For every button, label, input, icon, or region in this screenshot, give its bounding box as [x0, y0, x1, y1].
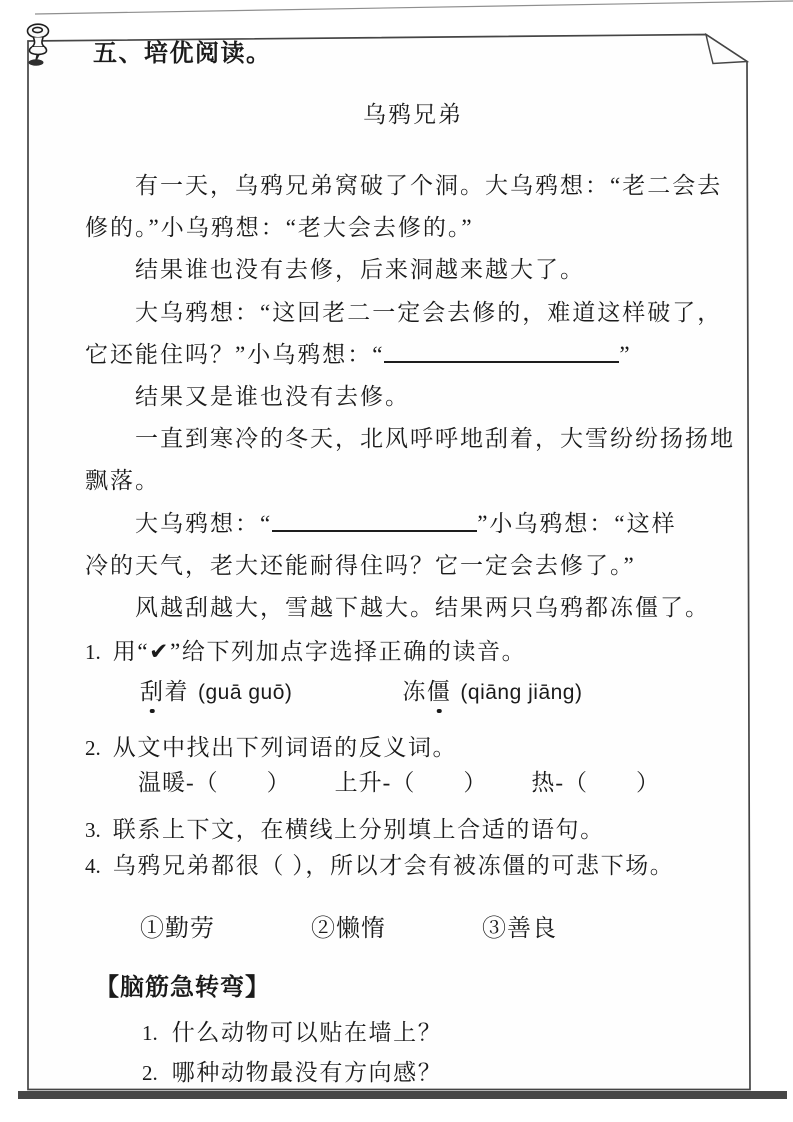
- story-text: 它还能住吗？”小乌鸦想：“: [85, 342, 384, 367]
- story-line: 结果又是谁也没有去修。: [85, 376, 753, 418]
- pinyin-word: 冻僵: [402, 679, 451, 704]
- item-number: 2.: [142, 1062, 158, 1085]
- story-line: 大乌鸦想：“这回老二一定会去修的，难道这样破了，: [85, 292, 753, 334]
- pinyin-options: 刮着(guā guō) 冻僵(qiāng jiāng): [140, 679, 582, 704]
- pushpin-shadow: [29, 59, 44, 65]
- question-number: 2.: [85, 737, 101, 760]
- brainteaser-heading: 【脑筋急转弯】: [95, 975, 270, 1001]
- question-text: 联系上下文，在横线上分别填上合适的语句。: [113, 817, 605, 842]
- story-line: 风越刮越大，雪越下越大。结果两只乌鸦都冻僵了。: [85, 587, 753, 629]
- page-bottom-edge: [18, 1091, 787, 1099]
- choice-option: ①勤劳: [140, 916, 215, 942]
- question-text: 用“✔”给下列加点字选择正确的读音。: [113, 639, 527, 664]
- question-4: 4.乌鸦兄弟都很（ ），所以才会有被冻僵的可悲下场。: [85, 853, 674, 878]
- brainteaser-item: 2.哪种动物最没有方向感？: [142, 1060, 442, 1085]
- story-line: 飘落。: [85, 460, 753, 502]
- question-number: 3.: [85, 819, 101, 842]
- story-paragraphs: 有一天，乌鸦兄弟窝破了个洞。大乌鸦想：“老二会去 修的。”小乌鸦想：“老大会去修…: [85, 165, 753, 629]
- question-3: 3.联系上下文，在横线上分别填上合适的语句。: [85, 817, 605, 842]
- pinyin-word: 刮着: [140, 679, 189, 704]
- antonym-item: 热-（ ）: [531, 770, 660, 795]
- pushpin-head-inner: [33, 27, 43, 32]
- question-number: 4.: [85, 855, 101, 878]
- question-2: 2.从文中找出下列词语的反义词。: [85, 735, 457, 760]
- story-line: 结果谁也没有去修，后来洞越来越大了。: [85, 249, 753, 291]
- story-title: 乌鸦兄弟: [85, 102, 741, 127]
- antonym-item: 上升-（ ）: [335, 770, 488, 795]
- story-line: 它还能住吗？”小乌鸦想：“”: [85, 334, 753, 376]
- pinyin-option: 刮着(guā guō): [140, 679, 292, 704]
- word-char: 冻: [402, 679, 427, 704]
- question-text: 从文中找出下列词语的反义词。: [113, 735, 457, 760]
- question-number: 1.: [85, 641, 101, 664]
- antonym-item: 温暖-（ ）: [138, 770, 291, 795]
- story-line: 有一天，乌鸦兄弟窝破了个洞。大乌鸦想：“老二会去: [85, 165, 753, 207]
- top-scan-line: [35, 1, 793, 14]
- story-text: 大乌鸦想：“: [135, 511, 272, 536]
- emphasized-char: 僵: [427, 679, 452, 704]
- story-line: 大乌鸦想：“”小乌鸦想：“这样: [85, 503, 753, 545]
- item-number: 1.: [142, 1022, 158, 1045]
- story-line: 修的。”小乌鸦想：“老大会去修的。”: [85, 207, 753, 249]
- story-line: 冷的天气，老大还能耐得住吗？它一定会去修了。”: [85, 545, 753, 587]
- choice-option: ③善良: [482, 916, 557, 942]
- question-1: 1.用“✔”给下列加点字选择正确的读音。: [85, 639, 526, 664]
- pinyin-reading: (guā guō): [198, 681, 292, 704]
- antonym-items: 温暖-（ ） 上升-（ ） 热-（ ）: [138, 770, 660, 795]
- section-heading: 五、培优阅读。: [93, 41, 272, 67]
- emphasized-char: 刮: [140, 679, 165, 704]
- question-text: 乌鸦兄弟都很（ ），所以才会有被冻僵的可悲下场。: [113, 853, 675, 878]
- story-line: 一直到寒冷的冬天，北风呼呼地刮着，大雪纷纷扬扬地: [85, 418, 753, 460]
- pinyin-reading: (qiāng jiāng): [460, 681, 582, 704]
- blank-line: [272, 526, 477, 532]
- choice-option: ②懒惰: [311, 916, 386, 942]
- story-text: ”小乌鸦想：“这样: [477, 511, 676, 536]
- pinyin-option: 冻僵(qiāng jiāng): [402, 679, 582, 704]
- item-text: 哪种动物最没有方向感？: [172, 1060, 443, 1085]
- blank-line: [384, 357, 619, 363]
- worksheet-page: { "section_heading": "五、培优阅读。", "story":…: [0, 0, 793, 1122]
- brainteaser-item: 1.什么动物可以贴在墙上？: [142, 1020, 442, 1045]
- story-text: ”: [619, 342, 631, 367]
- choice-options: ①勤劳 ②懒惰 ③善良: [140, 916, 557, 942]
- pushpin-neck: [32, 38, 45, 48]
- page-fold-corner-icon: [706, 35, 747, 64]
- pushpin-body: [30, 47, 47, 55]
- word-char: 着: [165, 679, 190, 704]
- item-text: 什么动物可以贴在墙上？: [172, 1020, 443, 1045]
